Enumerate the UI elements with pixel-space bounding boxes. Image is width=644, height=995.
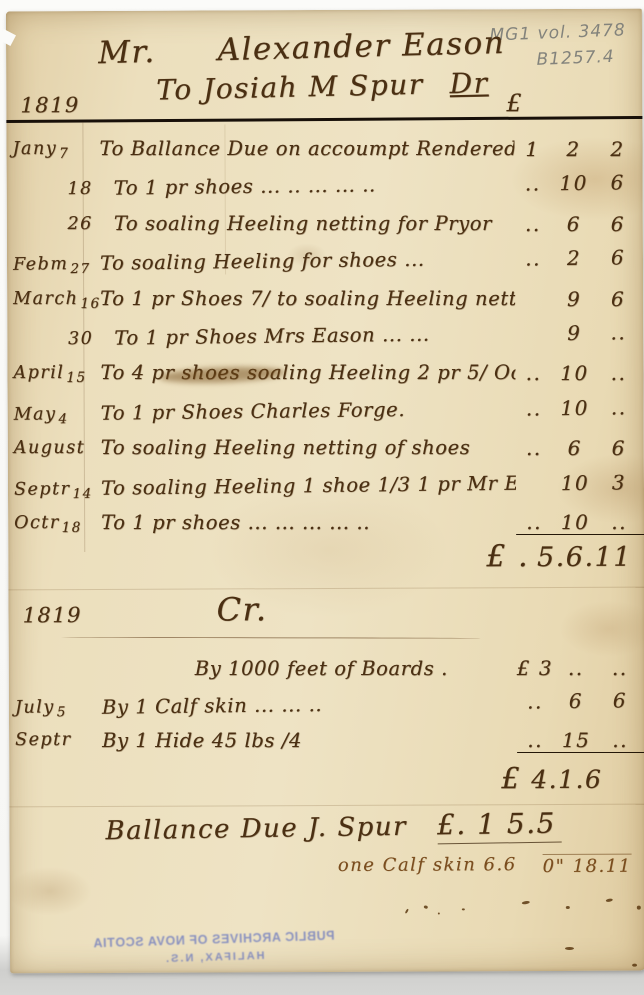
balance-note: one Calf skin 6.6 0" 18.11 xyxy=(338,854,632,878)
ledger-row: 30 To 1 pr Shoes Mrs Eason ... ... 9.. xyxy=(7,313,643,358)
entry-date: Jany7 xyxy=(7,139,95,159)
entry-description: To 1 pr shoes ... ... ... ... .. xyxy=(96,511,516,534)
entry-description: To 1 pr Shoes Mrs Eason ... ... xyxy=(109,322,515,350)
entry-amount: ..15.. xyxy=(517,727,644,752)
creditor-line: To Josiah M SpurDr xyxy=(156,66,489,106)
debit-abbreviation: Dr xyxy=(449,66,489,100)
entry-description: To soaling Heeling 1 shoe 1/3 1 pr Mr Ea… xyxy=(96,471,516,499)
entry-amount: ..66 xyxy=(516,436,644,460)
entry-amount: 96 xyxy=(515,286,643,310)
entry-amount: ..10.. xyxy=(515,361,643,385)
credit-total: £ 4.1.6 xyxy=(501,761,602,795)
credit-year: 1819 xyxy=(22,603,82,627)
archive-reference-note: MG1 vol. 3478 B1257.4 xyxy=(489,18,627,74)
entry-amount: £ 3.... xyxy=(517,656,644,680)
scanned-document: MG1 vol. 3478 B1257.4 Mr.Alexander Eason… xyxy=(0,0,644,995)
archive-stamp: PUBLIC ARCHIVES OF NOVA SCOTIA HALIFAX, … xyxy=(91,927,336,970)
entry-date: May4 xyxy=(8,403,96,424)
balance-note-amount: 0" 18.11 xyxy=(543,854,632,877)
credit-header-underline xyxy=(61,637,481,639)
ledger-row: May4 To 1 pr Shoes Charles Forge. ..10.. xyxy=(7,388,643,433)
debit-entries: Jany7 To Ballance Due on accoumpt Render… xyxy=(6,129,644,543)
ledger-row: July5 By 1 Calf skin ... ... .. ..66 xyxy=(9,682,644,726)
entry-date: April15 xyxy=(7,363,95,383)
entry-date: March16 xyxy=(7,288,95,308)
paper-fold-crease xyxy=(8,587,644,591)
account-title: Mr.Alexander Eason xyxy=(98,25,506,71)
torn-edge-notch xyxy=(0,29,16,46)
ledger-row: Septr By 1 Hide 45 lbs /4 ..15.. xyxy=(9,722,644,758)
balance-amount: £. 1 5.5 xyxy=(437,807,562,845)
ink-spatter xyxy=(6,9,642,12)
entry-amount: ..26 xyxy=(515,245,643,271)
debit-total: £ . 5.6.11 xyxy=(486,539,632,575)
creditor-name: To Josiah M Spur xyxy=(156,68,424,107)
ledger-row: Febm27 To soaling Heeling for shoes ... … xyxy=(7,238,643,283)
ledger-row: Jany7 To Ballance Due on accoumpt Render… xyxy=(7,130,643,167)
credit-total-value: 4.1.6 xyxy=(531,765,602,794)
salutation: Mr. xyxy=(98,34,156,71)
entry-date: Octr18 xyxy=(8,513,96,533)
debit-year: 1819 xyxy=(20,93,80,117)
ledger-row: April15 To 4 pr shoes soaling Heeling 2 … xyxy=(7,354,643,391)
ledger-row: By 1000 feet of Boards . £ 3.... xyxy=(9,650,644,686)
manuscript-paper: MG1 vol. 3478 B1257.4 Mr.Alexander Eason… xyxy=(6,9,644,974)
pound-sign: £ xyxy=(501,761,521,795)
entry-description: To soaling Heeling netting for Pryor xyxy=(109,212,515,235)
entry-amount: 122 xyxy=(515,137,643,161)
ledger-row: 26 To soaling Heeling netting for Pryor … xyxy=(7,205,643,242)
entry-description: To 4 pr shoes soaling Heeling 2 pr 5/ Oc… xyxy=(95,362,515,385)
entry-amount: 9.. xyxy=(515,320,643,346)
entry-description: To 1 pr Shoes 7/ to soaling Heeling nett… xyxy=(95,287,515,310)
entry-amount: ..66 xyxy=(515,211,643,235)
entry-description: To 1 pr shoes ... .. ... ... .. xyxy=(109,172,515,200)
entry-amount: ..106 xyxy=(515,170,643,196)
entry-date: 26 xyxy=(7,213,109,233)
header-rule xyxy=(6,116,642,123)
ledger-row: 18 To 1 pr shoes ... .. ... ... .. ..106 xyxy=(6,164,642,209)
entry-description: To 1 pr Shoes Charles Forge. xyxy=(96,397,516,425)
currency-symbol-header: £ xyxy=(506,89,523,117)
entry-date: Septr14 xyxy=(8,478,96,499)
entry-date: Septr xyxy=(9,730,97,750)
entry-description: By 1 Hide 45 lbs /4 xyxy=(97,728,517,751)
credit-section-label: Cr. xyxy=(216,590,267,628)
ledger-row: March16 To 1 pr Shoes 7/ to soaling Heel… xyxy=(7,280,643,317)
entry-description: To soaling Heeling for shoes ... xyxy=(95,247,515,275)
entry-description: To soaling Heeling netting of shoes xyxy=(96,436,516,459)
entry-amount: ..10.. xyxy=(515,395,643,421)
entry-date: July5 xyxy=(9,697,97,718)
debit-total-value: 5.6.11 xyxy=(537,542,632,573)
entry-amount: 103 xyxy=(516,469,644,495)
balance-label: Ballance Due J. Spur xyxy=(105,812,407,846)
ledger-row: August To soaling Heeling netting of sho… xyxy=(8,429,644,466)
entry-amount: ..66 xyxy=(517,688,644,714)
balance-line: Ballance Due J. Spur £. 1 5.5 xyxy=(9,805,644,850)
entry-amount: ..10.. xyxy=(516,510,644,535)
balance-note-text: one Calf skin 6.6 xyxy=(338,854,517,878)
entry-date: Febm27 xyxy=(7,254,95,275)
ledger-row: Octr18 To 1 pr shoes ... ... ... ... .. … xyxy=(8,504,644,541)
entry-date: 30 xyxy=(7,328,109,349)
entry-description: By 1 Calf skin ... ... .. xyxy=(97,690,517,718)
entry-date: 18 xyxy=(7,179,109,200)
entry-description: By 1000 feet of Boards . xyxy=(97,656,517,679)
entry-date: August xyxy=(8,438,96,458)
archive-ref-line2: B1257.4 xyxy=(490,44,627,75)
ledger-row: Septr14 To soaling Heeling 1 shoe 1/3 1 … xyxy=(8,463,644,508)
debtor-name: Alexander Eason xyxy=(217,25,505,68)
credit-entries: By 1000 feet of Boards . £ 3.... July5 B… xyxy=(9,649,644,760)
pound-sign: £ . xyxy=(486,539,529,574)
entry-description: To Ballance Due on accoumpt Rendered xyxy=(95,137,515,160)
